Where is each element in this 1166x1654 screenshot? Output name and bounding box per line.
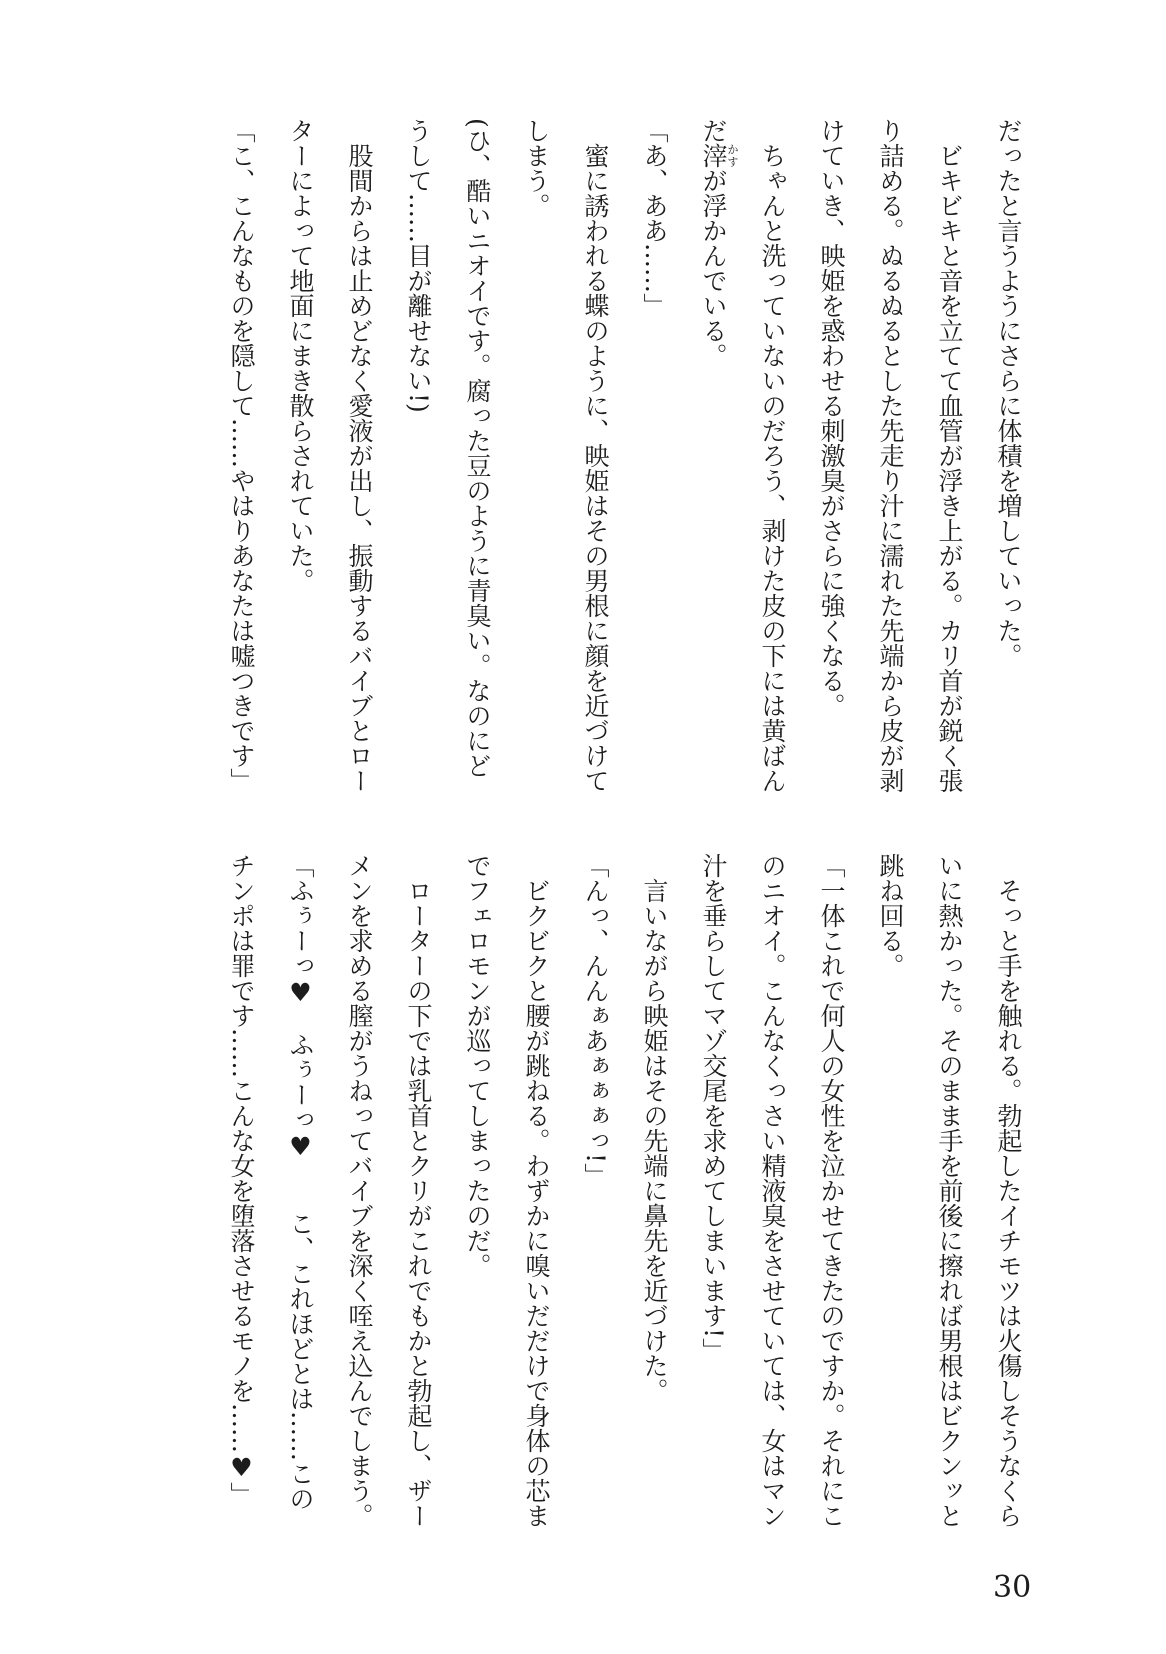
text-line: ちゃんと洗っていないのだろう、剥けた皮の下には黄ばん bbox=[743, 118, 802, 828]
top-text-block: だったと言うようにさらに体積を増していった。 ビキビキと音を立てて血管が浮き上が… bbox=[212, 118, 1038, 828]
text-line: 「んっ、んんぁあぁぁぁっ!」 bbox=[566, 853, 625, 1543]
bottom-text-block: そっと手を触れる。勃起したイチモツは火傷しそうなくら いに熱かった。そのまま手を… bbox=[212, 853, 1038, 1543]
document-page: だったと言うようにさらに体積を増していった。 ビキビキと音を立てて血管が浮き上が… bbox=[0, 0, 1166, 1654]
text-line: メンを求める膣がうねってバイブを深く咥え込んでしまう。 bbox=[330, 853, 389, 1543]
text-line: 跳ね回る。 bbox=[861, 853, 920, 1543]
text-line: いに熱かった。そのまま手を前後に擦れば男根はビクンッと bbox=[920, 853, 979, 1543]
text-line: うして……目が離せない!) bbox=[389, 118, 448, 828]
text-line: ローターの下では乳首とクリがこれでもかと勃起し、ザー bbox=[389, 853, 448, 1543]
ruby-annotation: 滓かす bbox=[699, 143, 728, 168]
ruby-pre-text: だ bbox=[699, 118, 728, 143]
text-line: だったと言うようにさらに体積を増していった。 bbox=[979, 118, 1038, 828]
text-line: ターによって地面にまき散らされていた。 bbox=[271, 118, 330, 828]
text-line: けていき、映姫を惑わせる刺激臭がさらに強くなる。 bbox=[802, 118, 861, 828]
ruby-furigana: かす bbox=[726, 143, 739, 168]
page-number: 30 bbox=[993, 1570, 1031, 1605]
text-line: 「こ、こんなものを隠して……やはりあなたは嘘つきです」 bbox=[212, 118, 271, 828]
ruby-post-text: が浮かんでいる。 bbox=[699, 168, 728, 368]
text-line: しまう。 bbox=[507, 118, 566, 828]
text-line: チンポは罪です……こんな女を堕落させるモノを……♥」 bbox=[212, 853, 271, 1543]
text-line: (ひ、酷いニオイです。腐った豆のように青臭い。なのにど bbox=[448, 118, 507, 828]
text-line: 言いながら映姫はその先端に鼻先を近づけた。 bbox=[625, 853, 684, 1543]
text-line: 汁を垂らしてマゾ交尾を求めてしまいます!」 bbox=[684, 853, 743, 1543]
ruby-base: 滓 bbox=[699, 143, 728, 168]
text-line-with-ruby: だ滓かすが浮かんでいる。 bbox=[684, 118, 743, 828]
text-line: 「あ、ああ……」 bbox=[625, 118, 684, 828]
text-line: でフェロモンが巡ってしまったのだ。 bbox=[448, 853, 507, 1543]
text-line: そっと手を触れる。勃起したイチモツは火傷しそうなくら bbox=[979, 853, 1038, 1543]
text-line: り詰める。ぬるぬるとした先走り汁に濡れた先端から皮が剥 bbox=[861, 118, 920, 828]
text-line: 「一体これで何人の女性を泣かせてきたのですか。それにこ bbox=[802, 853, 861, 1543]
text-line: 「ふぅーっ♥ ふぅーっ♥ こ、これほどとは……この bbox=[271, 853, 330, 1543]
text-line: 蜜に誘われる蝶のように、映姫はその男根に顔を近づけて bbox=[566, 118, 625, 828]
text-line: ビキビキと音を立てて血管が浮き上がる。カリ首が鋭く張 bbox=[920, 118, 979, 828]
text-line: ビクビクと腰が跳ねる。わずかに嗅いだだけで身体の芯ま bbox=[507, 853, 566, 1543]
text-line: 股間からは止めどなく愛液が出し、振動するバイブとロー bbox=[330, 118, 389, 828]
text-line: のニオイ。こんなくっさい精液臭をさせていては、女はマン bbox=[743, 853, 802, 1543]
